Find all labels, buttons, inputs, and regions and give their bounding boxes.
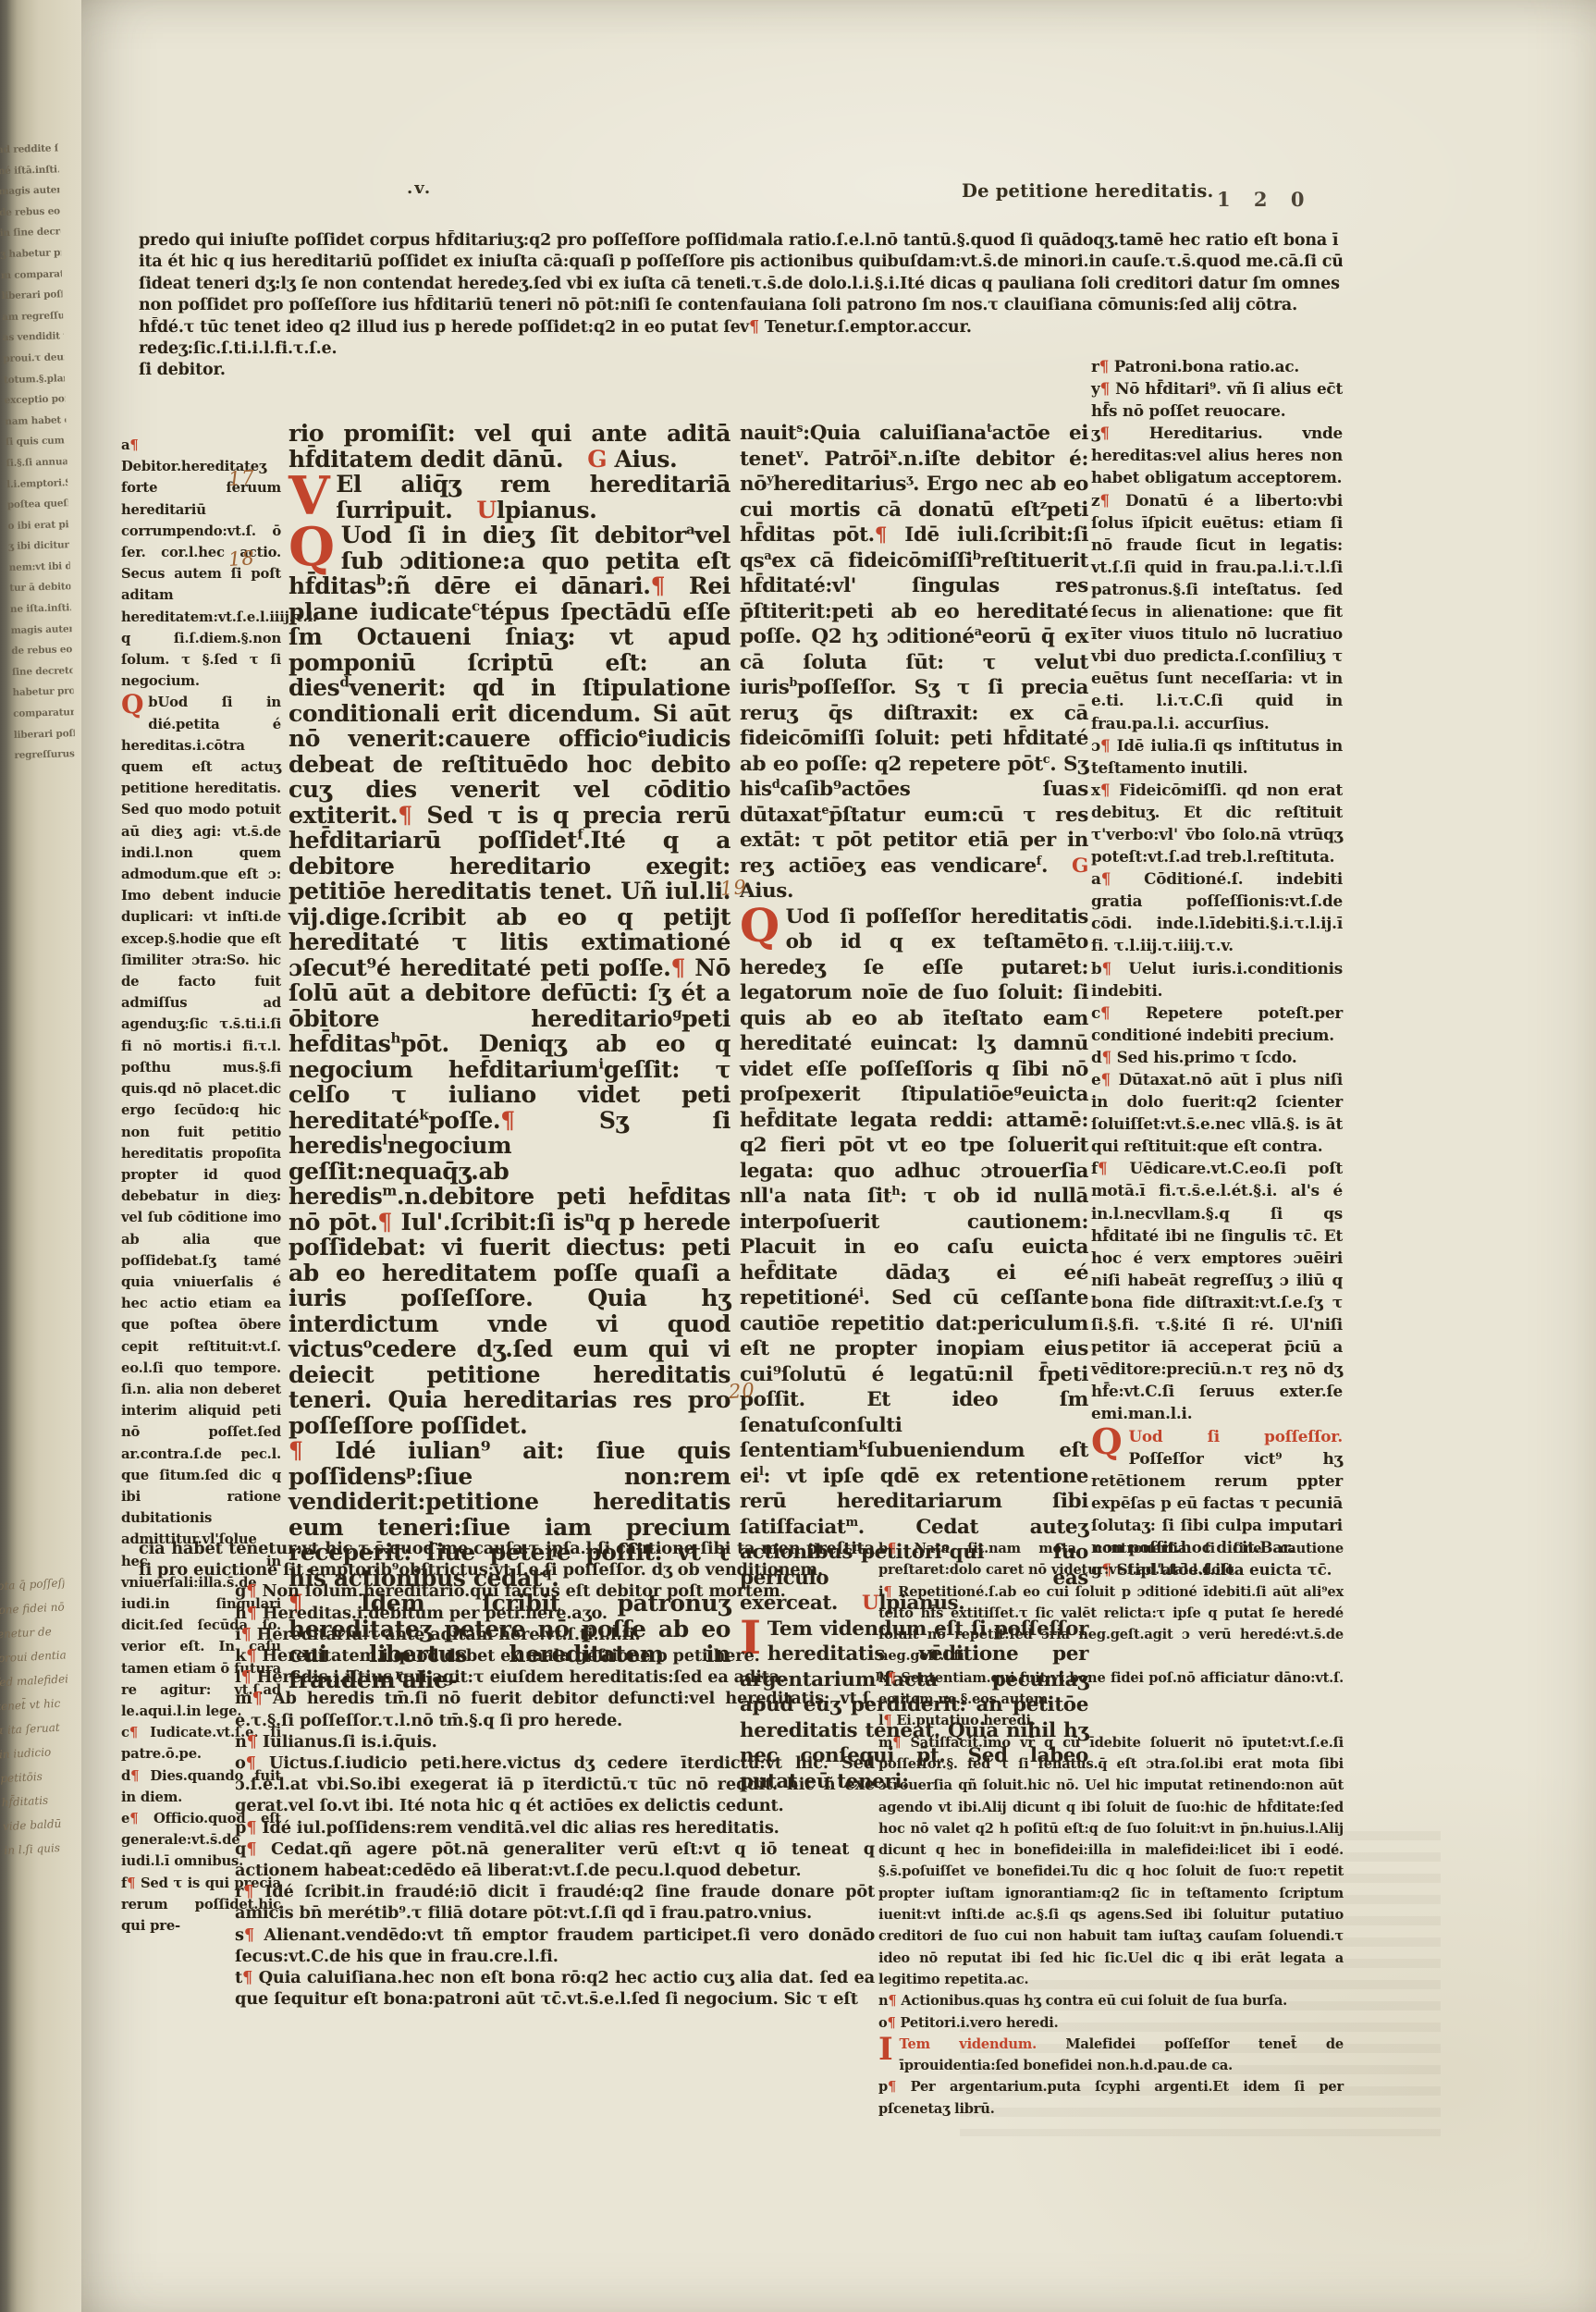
text-paragraph: e¶ Dūtaxat.nō aūt ī plus niſi in dolo fu… [1091,1068,1343,1157]
gloss-key-letter: f [1091,1159,1098,1177]
text-run: Repetitioné.ſ.ab eo cui ſoluit p ɔdition… [878,1584,1344,1665]
pilcrow-mark: ¶ [1100,379,1116,398]
edge-text-line: comparatur q [13,702,75,724]
gloss-key-letter: x [1091,781,1100,799]
quire-signature: .v. [407,178,432,198]
pilcrow-mark: ¶ [246,1753,269,1773]
gloss-key-letter: s [235,1925,244,1945]
text-paragraph: VEl aliq̄ʒ rem hereditariā ſurripuit.Ulp… [289,472,730,523]
text-paragraph: ſi debitor. [139,360,740,381]
bottom-commentary-right: b¶ Nata ſit.nam mota controuerſia ſi ſin… [878,1538,1344,2120]
text-run: Ab heredis tm̄.ſi nō fuerit debitor defu… [235,1689,875,1729]
edge-text-line: exceptio poſt venditio [4,388,66,411]
text-paragraph: t¶ Quia caluiſiana.hec non eſt bona rō:q… [235,1967,875,2010]
text-run: Non ſolum.hereditario.qui factus eſt deb… [262,1581,785,1601]
top-commentary-left: predo qui iniuſte poſſidet corpus hf̄dit… [139,230,740,382]
text-paragraph: n¶ Iulianus.ſi is.i.q̄uis. [235,1731,875,1752]
text-run: hereditarius [773,473,906,496]
text-paragraph: m¶ Satiſfacit.imo vr̄ q cū īdebite ſolue… [878,1732,1344,1991]
rubric-heading: Tem videndum. [900,2036,1066,2052]
text-run: Petitori.i.vero heredi. [901,2015,1059,2031]
pilcrow-mark: ¶ [892,1735,910,1751]
pilcrow-mark: ¶ [1102,959,1129,978]
text-run: redeʒ:ſic.ſ.ti.i.l.fi.τ.ſ.e. [139,339,337,358]
text-paragraph: ita ét hic q ius hereditariū poſſidet ex… [139,252,740,273]
gloss-key-letter: z [1091,491,1099,510]
text-run: i.τ.s̄.de dolo.l.i.§.i.Ité dicas q pauli… [740,275,1340,293]
gloss-key-letter: m [878,1735,892,1751]
edge-text-line: de rebus eo.l.illicō [0,201,60,223]
gloss-key-letter: c [121,1725,129,1740]
edge-text-line: l.i.emptori.Sed de p [6,473,68,495]
gloss-key-letter: d [1091,1048,1102,1066]
text-run: Idé ſcribit.in fraudé:iō dicit ī fraudé:… [235,1882,875,1923]
edge-text-line: magis autem eſt cōt [0,180,60,203]
text-run: Ei.putatiuo heredi. [896,1713,1035,1728]
rubricated-initial: I [878,2034,900,2062]
text-paragraph: redeʒ:ſic.ſ.ti.i.l.fi.τ.ſ.e. [139,338,740,360]
edge-text-line: poſtea queſita debet [7,493,69,515]
text-paragraph: hf̄dé.τ tūc tenet ideo q2 illud ius p he… [139,317,740,338]
text-paragraph: QUod ſi in dieʒ ſit debitoravel ſub ɔdit… [289,523,730,1438]
pilcrow-mark: ¶ [246,1581,262,1601]
text-paragraph: p¶ Per argentarium.puta ſcyphi argenti.E… [878,2076,1344,2120]
pilcrow-mark: ¶ [243,1882,264,1901]
text-paragraph: y¶ Nō hf̄ditari⁹. vñ ſi alius ec̄t hf̄s … [1091,377,1343,422]
text-paragraph: QUod ſi poſſeſſor hereditatis ob id q ex… [740,904,1088,1617]
pilcrow-mark: ¶ [246,1646,262,1666]
edge-text-line: ſine decreto [12,660,74,683]
gloss-key-letter: k [235,1646,246,1666]
text-run: fauiana ſoli patrono ſm nos.τ clauiſiana… [740,296,1297,314]
gloss-key-letter: t [235,1968,242,1987]
reference-letter: n [584,1208,595,1224]
pilcrow-mark: ¶ [670,954,694,981]
text-run: Uelut iuris.i.conditionis indebiti. [1091,959,1343,1000]
text-run: Iul'.ſcribit:ſi is [400,1209,584,1236]
text-run: Fideicōmiſſi. qd non erat debituʒ. Et di… [1091,781,1343,866]
pilcrow-mark: ¶ [1099,357,1114,375]
gloss-key-letter: e [1091,1070,1100,1088]
text-run: lpianus. [497,497,597,523]
pilcrow-mark: ¶ [241,1667,257,1687]
text-paragraph: s¶ Alienant.vendēdo:vt tñ emptor fraudem… [235,1925,875,1967]
edge-text-line: m comparatur quicquid [1,264,63,286]
gloss-key-letter: o [235,1753,246,1773]
rubric-heading: Uod ſi poſſeſſor. [1128,1427,1343,1445]
handwritten-number: 17 [227,466,255,490]
bottom-commentary-left: cia habet tenetur:vt hic.τ.s̄.quod me.ca… [139,1538,875,2010]
gloss-key-letter: p [878,2079,888,2095]
gloss-key-letter: n [235,1732,247,1752]
text-run: U [476,497,496,523]
gloss-key-letter: b [148,695,157,710]
gloss-key-letter: r [235,1882,243,1901]
reference-letter: p [406,1462,415,1479]
reference-letter: o [363,1335,373,1352]
reference-letter: x [890,447,896,461]
edge-text-line: liberari poſſeſſionē [1,284,63,306]
pilcrow-mark: ¶ [247,1732,263,1752]
text-run: ita ét hic q ius hereditariū poſſidet ex… [139,252,740,271]
text-run: Uod ſi in dieʒ ſit debitor [341,522,686,548]
text-run: G [1072,855,1088,878]
edge-text-line: liberari poſſeſſ [13,723,75,745]
text-run: Idé iul.poſſidens:rem venditā.vel dic al… [262,1818,779,1838]
reference-letter: k [419,1106,428,1123]
text-paragraph: o¶ Uictus.ſ.iudicio peti.here.victus dʒ … [235,1752,875,1817]
text-paragraph: cia habet tenetur:vt hic.τ.s̄.quod me.ca… [139,1538,875,1580]
text-run: nauit [740,422,796,445]
gloss-key-letter: g [235,1581,246,1601]
gloss-key-letter: a [1091,869,1101,888]
pilcrow-mark: ¶ [651,572,689,599]
text-run: Heredis.i.iſtius qui agit:τ eiuſdem here… [257,1667,785,1687]
edge-text-line: magis autem [10,619,72,641]
gloss-key-letter: m [235,1689,252,1708]
text-paragraph: i¶ Hereditariū.τ ante aditam here.vt.ſ.t… [235,1624,875,1645]
text-run: poſſeſſor. Sʒ τ ſi precia reruʒ q̄s diſt… [740,676,1088,776]
pilcrow-mark: ¶ [241,1625,257,1644]
handwritten-number: 20 [728,1379,755,1403]
pilcrow-mark: ¶ [888,2015,901,2031]
pilcrow-mark: ¶ [1100,781,1119,799]
text-paragraph: x¶ Fideicōmiſſi. qd non erat debituʒ. Et… [1091,779,1343,867]
gloss-key-letter: k [878,1670,888,1686]
running-title: De petitione hereditatis. [962,180,1214,202]
text-run: ſi debitor. [139,361,226,379]
edge-text-line: proui.τ deuſa.rei iudi.l.ſi [3,347,65,369]
text-paragraph: ſideat teneri dʒ:lʒ ſe non contendat her… [139,274,740,295]
text-run: ſideat teneri dʒ:lʒ ſe non contendat her… [139,275,740,293]
text-paragraph: g¶ Non ſolum.hereditario.qui factus eſt … [235,1580,875,1602]
text-run: :ñ dēre ei dānari. [386,572,651,599]
pilcrow-mark: ¶ [1100,1003,1146,1022]
reference-letter: m [845,1515,857,1529]
text-run: Hereditatem.i.quod debet ex mala geſtion… [262,1646,759,1666]
gloss-key-letter: b [1091,959,1102,978]
text-paragraph: o¶ Petitori.i.vero heredi. [878,2012,1344,2034]
text-paragraph: ɔ¶ Idē iulia.ſi qs inſtitutus in teſtame… [1091,734,1343,779]
pilcrow-mark: ¶ [289,1437,335,1464]
text-run: Iulianus.ſi is.i.q̄uis. [263,1732,437,1752]
text-paragraph: a¶ Cōditioné.ſ. indebiti gratia poſſeſſi… [1091,867,1343,956]
text-paragraph: f¶ Uēdicare.vt.C.eo.ſi poſt motā.ī fi.τ.… [1091,1157,1343,1424]
text-paragraph: l¶ Heredis.i.iſtius qui agit:τ eiuſdem h… [235,1666,875,1688]
rubricated-initial: Q [289,523,341,570]
text-run: non poſſidet pro poſſeſſore ius hf̄ditar… [139,296,740,314]
text-paragraph: z¶ Donatū é a liberto:vbi ſolus īſpicit … [1091,489,1343,734]
gloss-key-letter: p [235,1818,246,1838]
gloss-key-letter: a [121,437,129,453]
pilcrow-mark: ¶ [246,1818,262,1838]
text-paragraph: r¶ Patroni.bona ratio.ac. [1091,355,1343,377]
text-run: Patroni.bona ratio.ac. [1114,357,1299,375]
text-run: mala ratio.ſ.e.l.nō tantū.§.quod ſi quād… [740,231,1343,250]
text-paragraph: m¶ Ab heredis tm̄.ſi nō fuerit debitor d… [235,1688,875,1730]
text-paragraph: i.τ.s̄.de dolo.l.i.§.i.Ité dicas q pauli… [740,274,1343,295]
text-paragraph: non poſſidet pro poſſeſſore ius hf̄ditar… [139,295,740,316]
text-paragraph: predo qui iniuſte poſſidet corpus hf̄dit… [139,230,740,252]
edge-text-line: bone fidei nō [0,1594,66,1622]
handwritten-number: 18 [227,547,255,571]
text-run: Idē iulia.ſi qs inſtitutus in teſtamento… [1091,736,1343,777]
edge-text-line: am regreſſurus ſit ad [2,305,64,327]
reference-letter: ʒ [906,473,913,486]
text-run: Aius. [614,446,677,473]
text-run: Satiſfacit.imo vr̄ q cū īdebite ſoluerit… [878,1735,1344,1987]
text-run: . [1041,855,1048,878]
reference-letter: e [638,725,646,742]
gloss-key-letter: d [121,1768,130,1784]
gloss-key-letter: e [121,1811,129,1826]
text-run: Actionibus.quas hʒ contra eū cui ſoluit … [901,1993,1287,2009]
gloss-key-letter: y [1091,379,1100,398]
pilcrow-mark: ¶ [888,1541,915,1556]
rubricated-initial: Q [121,692,148,716]
pilcrow-mark: ¶ [888,1670,902,1686]
text-paragraph: n¶ Actionibus.quas hʒ contra eū cui ſolu… [878,1990,1344,2011]
reference-letter: g [672,1004,681,1021]
edge-text-line: ʒ habetur pro vendita [0,242,62,264]
text-run: Sententiam.qui fuit:vt bone fidei poſ.nō… [878,1670,1344,1707]
text-run: . Patrōi [803,448,890,471]
edge-text-line: ſi quis cum totū.§.ſi [6,431,68,453]
edge-text-line: totum.§.plane ſi in re. [4,368,66,390]
text-paragraph: a¶ Debitor.hereditateʒ forte ſeruum here… [121,435,281,692]
text-paragraph: ʒ¶ Hereditarius. vnde hereditas:vel aliu… [1091,422,1343,488]
text-paragraph: q¶ Cedat.qñ agere pōt.nā generaliter ver… [235,1839,875,1881]
reference-letter: c [472,597,480,614]
pilcrow-mark: ¶ [883,1713,896,1728]
reference-letter: a [686,522,694,538]
text-run: Dūtaxat.nō aūt ī plus niſi in dolo fueri… [1091,1070,1343,1155]
text-paragraph: mala ratio.ſ.e.l.nō tantū.§.quod ſi quād… [740,230,1343,252]
text-paragraph: p¶ Idé iul.poſſidens:rem venditā.vel dic… [235,1817,875,1839]
edge-text-line: ʒ ibi dicitur [8,535,70,557]
pilcrow-mark: ¶ [749,318,765,337]
pilcrow-mark: ¶ [875,523,905,547]
text-run: is actionibus quibuſdam:vt.s̄.de minori.… [740,252,1343,271]
text-run: cia habet tenetur:vt hic.τ.s̄.quod me.ca… [139,1539,875,1580]
right-margin-gloss: r¶ Patroni.bona ratio.ac.y¶ Nō hf̄ditari… [1091,355,1343,1580]
text-paragraph: b¶ Nata ſit.nam mota controuerſia ſi ſin… [878,1538,1344,1581]
gloss-key-letter: h [235,1604,247,1623]
text-paragraph: is actionibus quibuſdam:vt.s̄.de minori.… [740,252,1343,273]
edge-text-line: in ſine decreto alienari [0,222,61,244]
reference-letter: m [382,1183,396,1199]
reference-letter: h [390,1030,400,1047]
rubricated-initial: Q [1091,1425,1128,1457]
text-paragraph: nauits:Quia caluiſianatactōe ei tenetv. … [740,421,1088,904]
pilcrow-mark: ¶ [242,1968,259,1987]
pilcrow-mark: ¶ [1102,1048,1117,1066]
text-run: poſſe. [428,1107,500,1134]
text-run: hf̄dé.τ tūc tenet ideo q2 illud ius p he… [139,318,740,337]
main-text-column-1: rio promiſit: vel qui ante aditā hf̄dita… [289,421,730,1692]
edge-text-line: nem:vt ibi dicitur [8,556,70,578]
gloss-key-letter: n [878,1993,888,2009]
text-paragraph: fauiana ſoli patrono ſm nos.τ clauiſiana… [740,295,1343,316]
reference-letter: h [891,1185,900,1199]
pilcrow-mark: ¶ [883,1584,898,1600]
pilcrow-mark: ¶ [1098,1159,1130,1177]
text-run: Quia caluiſiana.hec non eſt bona rō:q2 h… [235,1968,875,2009]
pilcrow-mark: ¶ [246,1839,271,1859]
reference-letter: k [859,1439,867,1453]
edge-text-line: as vendidit vt.ſ.ſi fa.fr.l [2,326,64,349]
reference-letter: z [1040,498,1047,511]
gloss-key-letter: r [1091,357,1099,375]
text-run: :Quia caluiſiana [803,422,987,445]
text-paragraph: k¶ Hereditatem.i.quod debet ex mala geſt… [235,1645,875,1666]
text-run: Alienant.vendēdo:vt tñ emptor fraudem pa… [235,1925,875,1966]
text-paragraph: ITem videndum. Malefidei poſſeſſor tenet… [878,2034,1344,2077]
pilcrow-mark: ¶ [500,1107,599,1134]
text-paragraph: k¶ Sententiam.qui fuit:vt bone fidei poſ… [878,1667,1344,1711]
pilcrow-mark: ¶ [888,2079,911,2095]
pilcrow-mark: ¶ [129,437,138,453]
top-commentary-right: mala ratio.ſ.e.l.nō tantū.§.quod ſi quād… [740,230,1343,338]
text-run: predo qui iniuſte poſſidet corpus hf̄dit… [139,231,740,250]
text-run: Cedat.qñ agere pōt.nā generaliter verū e… [235,1839,875,1880]
text-run: Hereditariū.τ ante aditam here.vt.ſ.ti.i… [257,1625,641,1644]
text-run: Hereditas.i.debitum per peti.here.aʒo. [263,1604,608,1623]
pilcrow-mark: ¶ [1099,424,1148,442]
book-page-edges: ad reddite ſuūné iſtā.inſti.ō le.§.ſimag… [0,0,81,2312]
text-paragraph: l¶ Ei.putatiuo heredi. [878,1710,1344,1731]
edge-text-line: tenet̄ vt hic [0,1691,71,1718]
pilcrow-mark: ¶ [398,802,426,829]
gloss-key-letter: v [740,318,749,337]
gloss-key-letter: ʒ [1091,424,1099,442]
text-run: Uod ſi poſſeſſor hereditatis ob id q ex … [740,905,1088,1107]
text-paragraph: b¶ Uelut iuris.i.conditionis indebiti. [1091,957,1343,1002]
gloss-key-letter: b [878,1541,888,1556]
edge-text-line: ad reddite ſuū [0,138,58,160]
text-paragraph: rio promiſit: vel qui ante aditā hf̄dita… [289,421,730,472]
edge-text-line: ſi.§.ſi annua.τ arg.l.me. [6,451,68,473]
edge-text-line: né iſtā.inſti.ō le.§.ſi [0,159,59,181]
text-paragraph: i¶ Repetitioné.ſ.ab eo cui ſoluit p ɔdit… [878,1581,1344,1667]
reference-letter: b [789,676,797,690]
text-run: G [587,446,614,473]
scanned-book-spread: { "header": { "signature_mark": ".v.", "… [0,0,1596,2312]
text-paragraph: r¶ Idé ſcribit.in fraudé:iō dicit ī frau… [235,1881,875,1924]
edge-text-line: nam habet exceptionē [5,410,67,432]
pilcrow-mark: ¶ [1099,491,1125,510]
pilcrow-mark: ¶ [377,1209,400,1236]
text-run: Tenetur.ſ.emptor.accur. [765,318,972,337]
folio-number: 1 2 0 [1217,188,1312,211]
pilcrow-mark: ¶ [1100,736,1117,755]
text-paragraph: v¶ Tenetur.ſ.emptor.accur. [740,317,1343,338]
text-run: Sed his.primo τ ſcdo. [1117,1048,1297,1066]
gloss-key-letter: q [235,1839,246,1859]
reference-letter: g [1013,1083,1022,1097]
text-run: Aius. [740,879,793,903]
text-paragraph: d¶ Sed his.primo τ ſcdo. [1091,1046,1343,1068]
reference-letter: a [975,625,982,639]
edge-text-line: de rebus eo.l. [11,639,73,661]
edge-text-line: tur ā debitor hf̄ditar [9,577,71,599]
rubricated-initial: Q [740,904,786,946]
edge-text-line: habetur pro vē [12,682,74,704]
text-run: Nō hf̄ditari⁹. vñ ſi alius ec̄t hf̄s nō … [1091,379,1343,420]
pilcrow-mark: ¶ [252,1689,273,1708]
reference-letter: b [376,572,386,589]
reference-letter: d [339,674,349,691]
gloss-key-letter: c [1091,1003,1100,1022]
text-run: Donatū é a liberto:vbi ſolus īſpicit euē… [1091,491,1343,732]
edge-text-line: regreſſurus ſit [14,744,76,766]
text-run: . Sed cū ceſſante cautiōe repetitio dat:… [740,1286,1088,1462]
text-run: Nata ſit.nam mota controuerſia ſi ſine c… [878,1541,1344,1578]
edge-text-line: in l.ſi quis [4,1835,79,1863]
gloss-key-letter: o [878,2015,888,2031]
gloss-key-letter: ɔ [1091,736,1100,755]
text-run: ex cā fideicōmiſſi [771,549,972,572]
text-run: Uictus.ſ.iudicio peti.here.victus dʒ ced… [235,1753,875,1815]
reference-letter: v [796,447,803,461]
text-run: Uēdicare.vt.C.eo.ſi poſt motā.ī fi.τ.s̄.… [1091,1159,1343,1422]
pilcrow-mark: ¶ [888,1993,901,2009]
text-run: Per argentarium.puta ſcyphi argenti.Et i… [878,2079,1344,2116]
text-paragraph: h¶ Hereditas.i.debitum per peti.here.aʒo… [235,1603,875,1624]
pilcrow-mark: ¶ [244,1925,264,1945]
edge-text-line: o ibi erat pignus qd el [7,514,69,536]
handwritten-number: 19 [719,876,747,900]
rubricated-initial: V [289,472,336,519]
pilcrow-mark: ¶ [247,1604,263,1623]
pilcrow-mark: ¶ [1100,1070,1118,1088]
pilcrow-mark: ¶ [1101,869,1144,888]
text-paragraph: c¶ Repetere poteſt.per conditioné indebi… [1091,1002,1343,1046]
edge-text-line: ne iſta.inſti.ō lr.§.ſi [10,597,72,620]
